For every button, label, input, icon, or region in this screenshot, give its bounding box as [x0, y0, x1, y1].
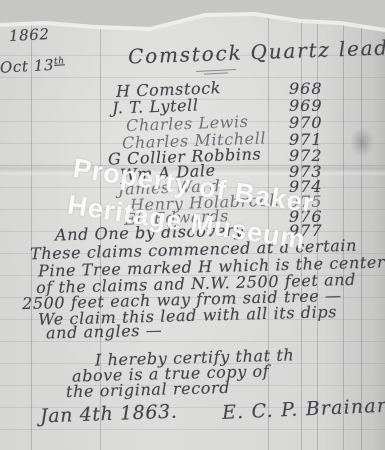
ledger-page: 1862 Oct 13th Comstock Quartz lead H Com… [0, 0, 385, 450]
margin-line-left-outer [31, 14, 32, 450]
ledger-year: 1862 [9, 25, 50, 45]
ink-smudge [350, 127, 374, 157]
ledger-date-day: Oct 13 [0, 56, 55, 77]
torn-paper-edge [0, 0, 385, 36]
amount-column-line-5 [361, 14, 362, 450]
amount-column-line-4 [343, 14, 344, 450]
amount-column-line-1 [268, 14, 269, 450]
ledger-date-suffix: th [54, 56, 65, 67]
claim-description-line: and angles — [46, 320, 163, 342]
ledger-date: Oct 13th [0, 55, 65, 76]
